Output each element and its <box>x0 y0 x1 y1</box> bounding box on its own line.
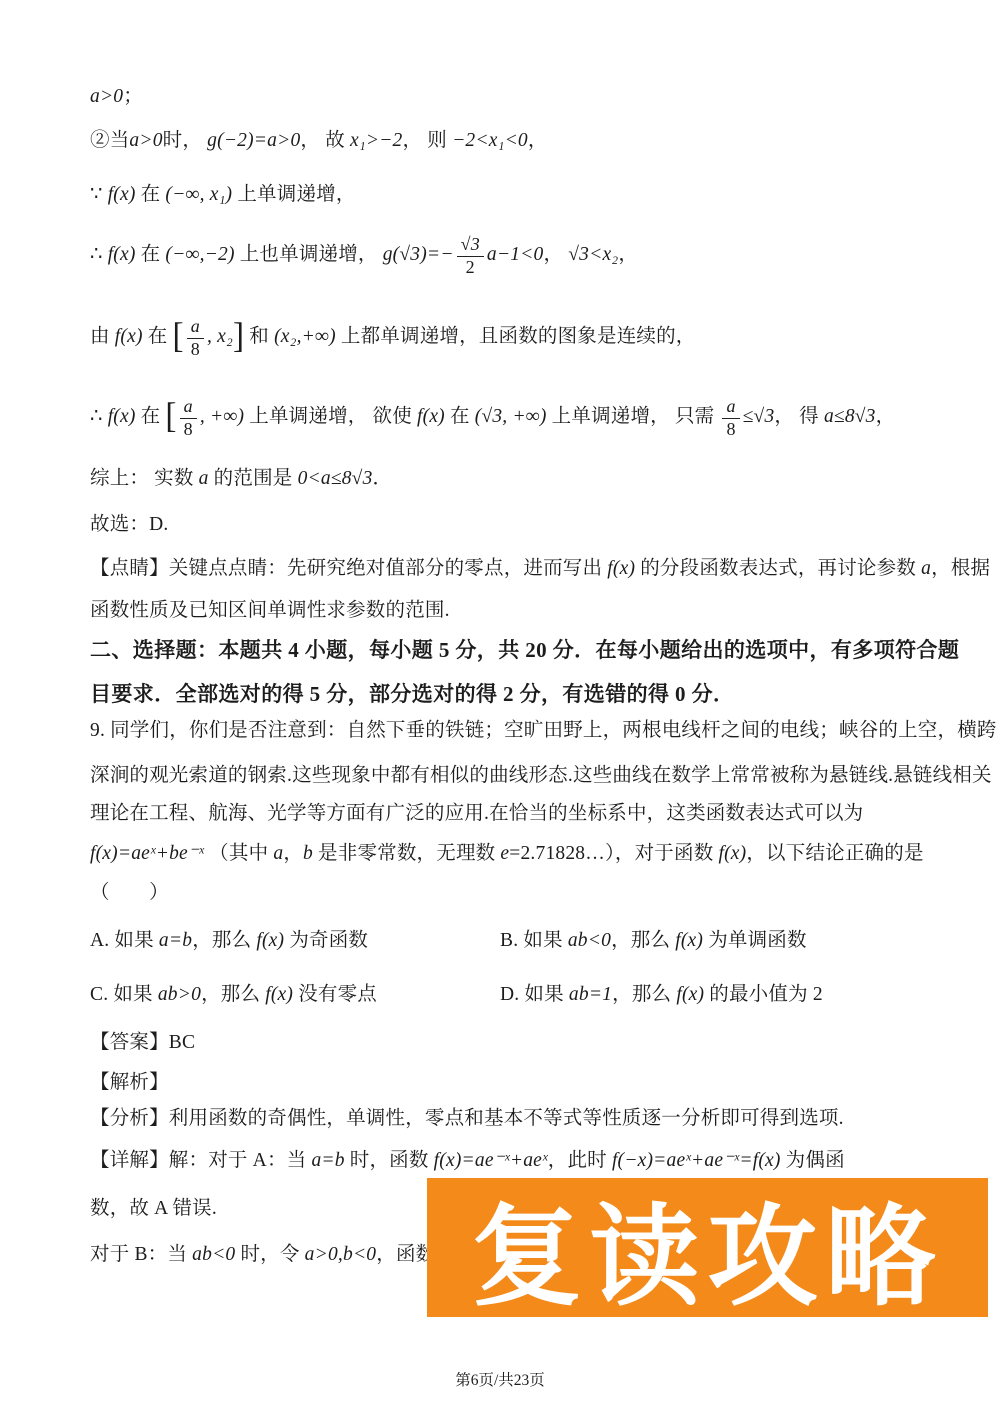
text-run: 上单调递增， <box>232 184 355 205</box>
text-run: 在 <box>445 406 475 427</box>
math-run: f(x) <box>108 244 136 265</box>
text-run: 在 <box>136 406 166 427</box>
text-run: ， <box>544 244 569 265</box>
math-run: ab<0 <box>568 930 611 951</box>
math-run: f(x) <box>265 984 293 1005</box>
section-heading-line-1: 二、选择题：本题共 4 小题，每小题 5 分，共 20 分．在每小题给出的选项中… <box>90 636 959 664</box>
analysis-line: 【分析】利用函数的奇偶性，单调性，零点和基本不等式等性质逐一分析即可得到选项. <box>90 1106 844 1132</box>
math-run: g(−2)=a>0 <box>207 130 300 151</box>
math-run: f(x)=aeˣ+be⁻ˣ <box>90 843 204 864</box>
left-bracket: [ <box>165 392 176 441</box>
text-run: ， 故 <box>300 130 350 151</box>
text-run: ，那么 <box>192 930 256 951</box>
text-run: ； <box>123 86 143 107</box>
solution-line-3: ∵ f(x) 在 (−∞, x₁) 上单调递增， <box>90 182 356 208</box>
text-run: 【答案】BC <box>90 1032 195 1053</box>
key-point-line-2: 函数性质及已知区间单调性求参数的范围. <box>90 598 450 624</box>
fraction-a-over-8: a8 <box>180 396 197 439</box>
fraction-numerator: a <box>180 396 197 419</box>
text-run: 在 <box>136 244 166 265</box>
text-run: 的最小值为 2 <box>704 984 823 1005</box>
text-run: 对于 B：当 <box>90 1244 192 1265</box>
solution-line-1: a>0； <box>90 84 143 110</box>
fraction-numerator: a <box>722 396 739 419</box>
math-run: a−1<0 <box>487 244 544 265</box>
text-run: 时，令 <box>235 1244 304 1265</box>
text-run: 故选：D. <box>90 514 168 535</box>
question-9-line-3: 理论在工程、航海、光学等方面有广泛的应用.在恰当的坐标系中，这类函数表达式可以为 <box>90 801 863 827</box>
text-run: ，那么 <box>611 930 675 951</box>
text-run: 目要求．全部选对的得 5 分，部分选对的得 2 分，有选错的得 0 分． <box>90 682 734 706</box>
text-run: ，那么 <box>201 984 265 1005</box>
document-page: a>0； ②当a>0时， g(−2)=a>0， 故 x₁>−2， 则 −2<x₁… <box>0 0 1000 1414</box>
fraction-denominator: 8 <box>180 419 197 439</box>
page-number-footer: 第6页/共23页 <box>0 1368 1000 1390</box>
solution-line-2: ②当a>0时， g(−2)=a>0， 故 x₁>−2， 则 −2<x₁<0， <box>90 128 548 154</box>
section-heading-line-2: 目要求．全部选对的得 5 分，部分选对的得 2 分，有选错的得 0 分． <box>90 680 734 708</box>
math-run: ab=1 <box>569 984 612 1005</box>
option-b: B. 如果 ab<0，那么 f(x) 为单调函数 <box>500 928 807 954</box>
math-run: a>0 <box>90 86 123 107</box>
math-run: f(x) <box>108 406 136 427</box>
fraction-a-over-8: a8 <box>722 396 739 439</box>
math-run: a>0,b<0 <box>305 1244 377 1265</box>
question-9-formula-line: f(x)=aeˣ+be⁻ˣ （其中 a，b 是非零常数，无理数 e=2.7182… <box>90 841 924 867</box>
fraction-a-over-8: a8 <box>187 316 204 359</box>
text-run: A. 如果 <box>90 930 159 951</box>
text-run: 在 <box>136 184 166 205</box>
analysis-header-line: 【解析】 <box>90 1070 169 1096</box>
text-run: 时， <box>163 130 207 151</box>
math-run: −2<x₁<0 <box>452 130 528 151</box>
math-run: g(√3)=− <box>383 244 454 265</box>
math-run: f(x) <box>115 326 143 347</box>
text-run: 和 <box>244 326 274 347</box>
text-run: ， <box>528 130 548 151</box>
math-run: (x₂,+∞) <box>274 326 336 347</box>
text-run: 上都单调递增，且函数的图象是连续的， <box>336 326 696 347</box>
text-run: 深涧的观光索道的钢索.这些现象中都有相似的曲线形态.这些曲线在数学上常常被称为悬… <box>90 765 992 786</box>
text-run: ， 得 <box>774 406 824 427</box>
question-9-line-1: 9. 同学们，你们是否注意到：自然下垂的铁链；空旷田野上，两根电线杆之间的电线；… <box>90 718 997 744</box>
text-run: 9. 同学们，你们是否注意到：自然下垂的铁链；空旷田野上，两根电线杆之间的电线；… <box>90 720 997 741</box>
text-run: =2.71828…），对于函数 <box>509 843 718 864</box>
option-c: C. 如果 ab>0，那么 f(x) 没有零点 <box>90 982 377 1008</box>
text-run: ，根据 <box>931 558 990 579</box>
text-run: 理论在工程、航海、光学等方面有广泛的应用.在恰当的坐标系中，这类函数表达式可以为 <box>90 803 863 824</box>
math-run: a <box>921 558 931 579</box>
math-run: a>0 <box>129 130 162 151</box>
math-run: f(x) <box>607 558 635 579</box>
text-run: 【点睛】关键点点睛：先研究绝对值部分的零点，进而写出 <box>90 558 607 579</box>
text-run: 时，函数 <box>345 1150 434 1171</box>
footer-text: 第6页/共23页 <box>455 1372 545 1389</box>
math-run: x₁>−2 <box>350 130 403 151</box>
solution-line-6: ∴ f(x) 在 [a8, +∞) 上单调递增， 欲使 f(x) 在 (√3, … <box>90 394 895 439</box>
solution-line-4: ∴ f(x) 在 (−∞,−2) 上也单调递增， g(√3)=−√32a−1<0… <box>90 234 638 277</box>
solution-line-7: 综上： 实数 a 的范围是 0<a≤8√3． <box>90 466 392 492</box>
math-run: ab>0 <box>158 984 201 1005</box>
watermark-text: 复读攻略 <box>472 1169 944 1327</box>
math-run: b <box>303 843 313 864</box>
therefore-symbol: ∴ <box>90 244 108 265</box>
fraction-denominator: 8 <box>187 339 204 359</box>
text-run: 没有零点 <box>293 984 377 1005</box>
option-a: A. 如果 a=b，那么 f(x) 为奇函数 <box>90 928 368 954</box>
left-bracket: [ <box>173 312 184 361</box>
text-run: 【详解】解：对于 A：当 <box>90 1150 311 1171</box>
text-run: B. 如果 <box>500 930 568 951</box>
answer-blank-parentheses: （ ） <box>90 880 169 906</box>
math-run: f(x) <box>256 930 284 951</box>
text-run: 综上： 实数 <box>90 468 199 489</box>
math-run: f(x) <box>108 184 136 205</box>
text-run: 的分段函数表达式，再讨论参数 <box>635 558 921 579</box>
text-run: ， <box>876 406 896 427</box>
text-run: 为奇函数 <box>284 930 368 951</box>
text-run: 的范围是 <box>209 468 298 489</box>
text-run: （ ） <box>90 882 169 903</box>
math-run: ab<0 <box>192 1244 235 1265</box>
text-run: （其中 <box>204 843 273 864</box>
text-run: 二、选择题：本题共 4 小题，每小题 5 分，共 20 分．在每小题给出的选项中… <box>90 638 959 662</box>
question-9-line-2: 深涧的观光索道的钢索.这些现象中都有相似的曲线形态.这些曲线在数学上常常被称为悬… <box>90 763 992 789</box>
math-run: √3<x₂ <box>568 244 618 265</box>
text-run: C. 如果 <box>90 984 158 1005</box>
watermark-banner: 复读攻略 <box>427 1178 988 1317</box>
math-run: a=b <box>159 930 192 951</box>
text-run: 为单调函数 <box>703 930 807 951</box>
math-run: a=b <box>311 1150 344 1171</box>
text-run: D. 如果 <box>500 984 569 1005</box>
text-run: 【分析】利用函数的奇偶性，单调性，零点和基本不等式等性质逐一分析即可得到选项. <box>90 1108 844 1129</box>
math-run: (−∞, x₁) <box>165 184 232 205</box>
text-run: 【解析】 <box>90 1072 169 1093</box>
math-run: (−∞,−2) <box>165 244 234 265</box>
text-run: 由 <box>90 326 115 347</box>
math-run: (√3, +∞) <box>475 406 547 427</box>
right-bracket: ] <box>233 312 244 361</box>
text-run: 上也单调递增， <box>235 244 383 265</box>
math-run: a≤8√3 <box>824 406 876 427</box>
answer-line: 【答案】BC <box>90 1030 195 1056</box>
text-run: ，那么 <box>612 984 676 1005</box>
text-run: 数，故 A 错误. <box>90 1198 217 1219</box>
text-run: 函数性质及已知区间单调性求参数的范围. <box>90 600 450 621</box>
text-run: ， <box>283 843 303 864</box>
detail-line-2: 数，故 A 错误. <box>90 1196 217 1222</box>
math-run: 0<a≤8√3 <box>298 468 373 489</box>
text-run: ， 则 <box>403 130 453 151</box>
fraction-numerator: a <box>187 316 204 339</box>
answer-choice-line: 故选：D. <box>90 512 168 538</box>
fraction-denominator: 2 <box>457 257 484 277</box>
math-run: ≤√3 <box>743 406 775 427</box>
solution-line-5: 由 f(x) 在 [a8, x₂] 和 (x₂,+∞) 上都单调递增，且函数的图… <box>90 314 696 359</box>
fraction-denominator: 8 <box>722 419 739 439</box>
math-run: , +∞) <box>200 406 244 427</box>
text-run: ，以下结论正确的是 <box>746 843 923 864</box>
key-point-line-1: 【点睛】关键点点睛：先研究绝对值部分的零点，进而写出 f(x) 的分段函数表达式… <box>90 556 990 582</box>
therefore-symbol: ∴ <box>90 406 108 427</box>
math-run: e <box>500 843 509 864</box>
math-run: f(x) <box>417 406 445 427</box>
math-run: a <box>199 468 209 489</box>
text-run: 上单调递增， 欲使 <box>244 406 417 427</box>
fraction-numerator: √3 <box>457 234 484 257</box>
math-run: f(x) <box>718 843 746 864</box>
because-symbol: ∵ <box>90 184 108 205</box>
text-run: ． <box>373 468 393 489</box>
math-run: f(x) <box>675 930 703 951</box>
text-run: ②当 <box>90 130 129 151</box>
math-run: f(x) <box>676 984 704 1005</box>
text-run: 是非零常数，无理数 <box>313 843 500 864</box>
math-run: a <box>273 843 283 864</box>
math-run: , x₂ <box>207 326 233 347</box>
text-run: 上单调递增， 只需 <box>547 406 720 427</box>
text-run: ， <box>618 244 638 265</box>
fraction-sqrt3-over-2: √32 <box>457 234 484 277</box>
detail-line-3: 对于 B：当 ab<0 时，令 a>0,b<0，函数 <box>90 1242 435 1268</box>
text-run: 在 <box>143 326 173 347</box>
option-d: D. 如果 ab=1，那么 f(x) 的最小值为 2 <box>500 982 823 1008</box>
